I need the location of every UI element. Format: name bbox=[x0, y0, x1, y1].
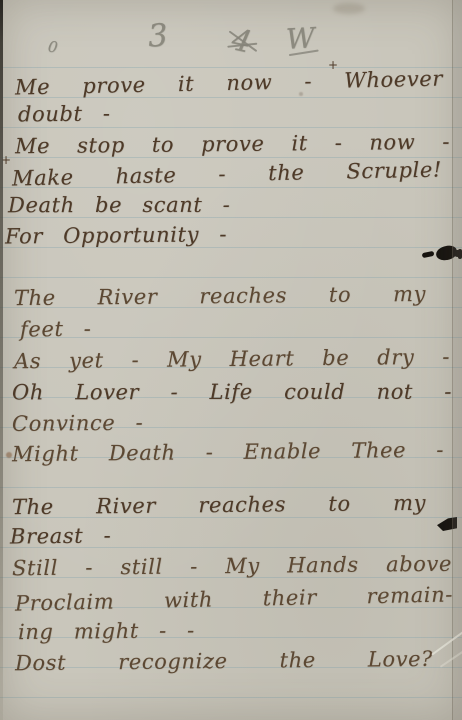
pencil-mark-initial: W bbox=[285, 21, 315, 55]
handwriting-line: The River reaches to my bbox=[14, 281, 426, 314]
handwriting-line: Oh Lover - Life could not - bbox=[12, 379, 452, 409]
page-edge-left bbox=[0, 0, 3, 720]
handwriting-line: The River reaches to my bbox=[12, 490, 426, 523]
page-edge-right-line bbox=[452, 0, 453, 720]
handwriting-line: For Opportunity - bbox=[5, 220, 293, 252]
pencil-mark-circle: 0 bbox=[47, 37, 59, 56]
handwriting-line: Might Death - Enable Thee - bbox=[12, 437, 444, 471]
manuscript-page: 0 3 4 W + + Me prove it now - Whoever do… bbox=[0, 0, 462, 720]
handwriting-line: doubt - bbox=[18, 101, 98, 131]
handwriting-line: feet - bbox=[20, 316, 100, 346]
paper-speck bbox=[299, 92, 303, 96]
handwriting-line: Convince - bbox=[12, 409, 182, 440]
handwriting-line: Death be scant - bbox=[8, 192, 230, 221]
pencil-mark-page-number: 3 bbox=[147, 17, 169, 54]
handwriting-line: Dost recognize the Love? bbox=[15, 646, 433, 679]
foxing-spot bbox=[6, 452, 12, 458]
handwriting-line: Still - still - My Hands above bbox=[12, 551, 452, 585]
page-edge-right-strip bbox=[453, 0, 462, 720]
handwriting-line: ing might - - bbox=[18, 617, 228, 648]
handwriting-line: Breast - bbox=[10, 522, 110, 552]
stain-smudge bbox=[333, 3, 365, 14]
pencil-mark-crossed-figure: 4 bbox=[229, 22, 255, 60]
handwriting-line: As yet - My Heart be dry - bbox=[14, 344, 450, 378]
